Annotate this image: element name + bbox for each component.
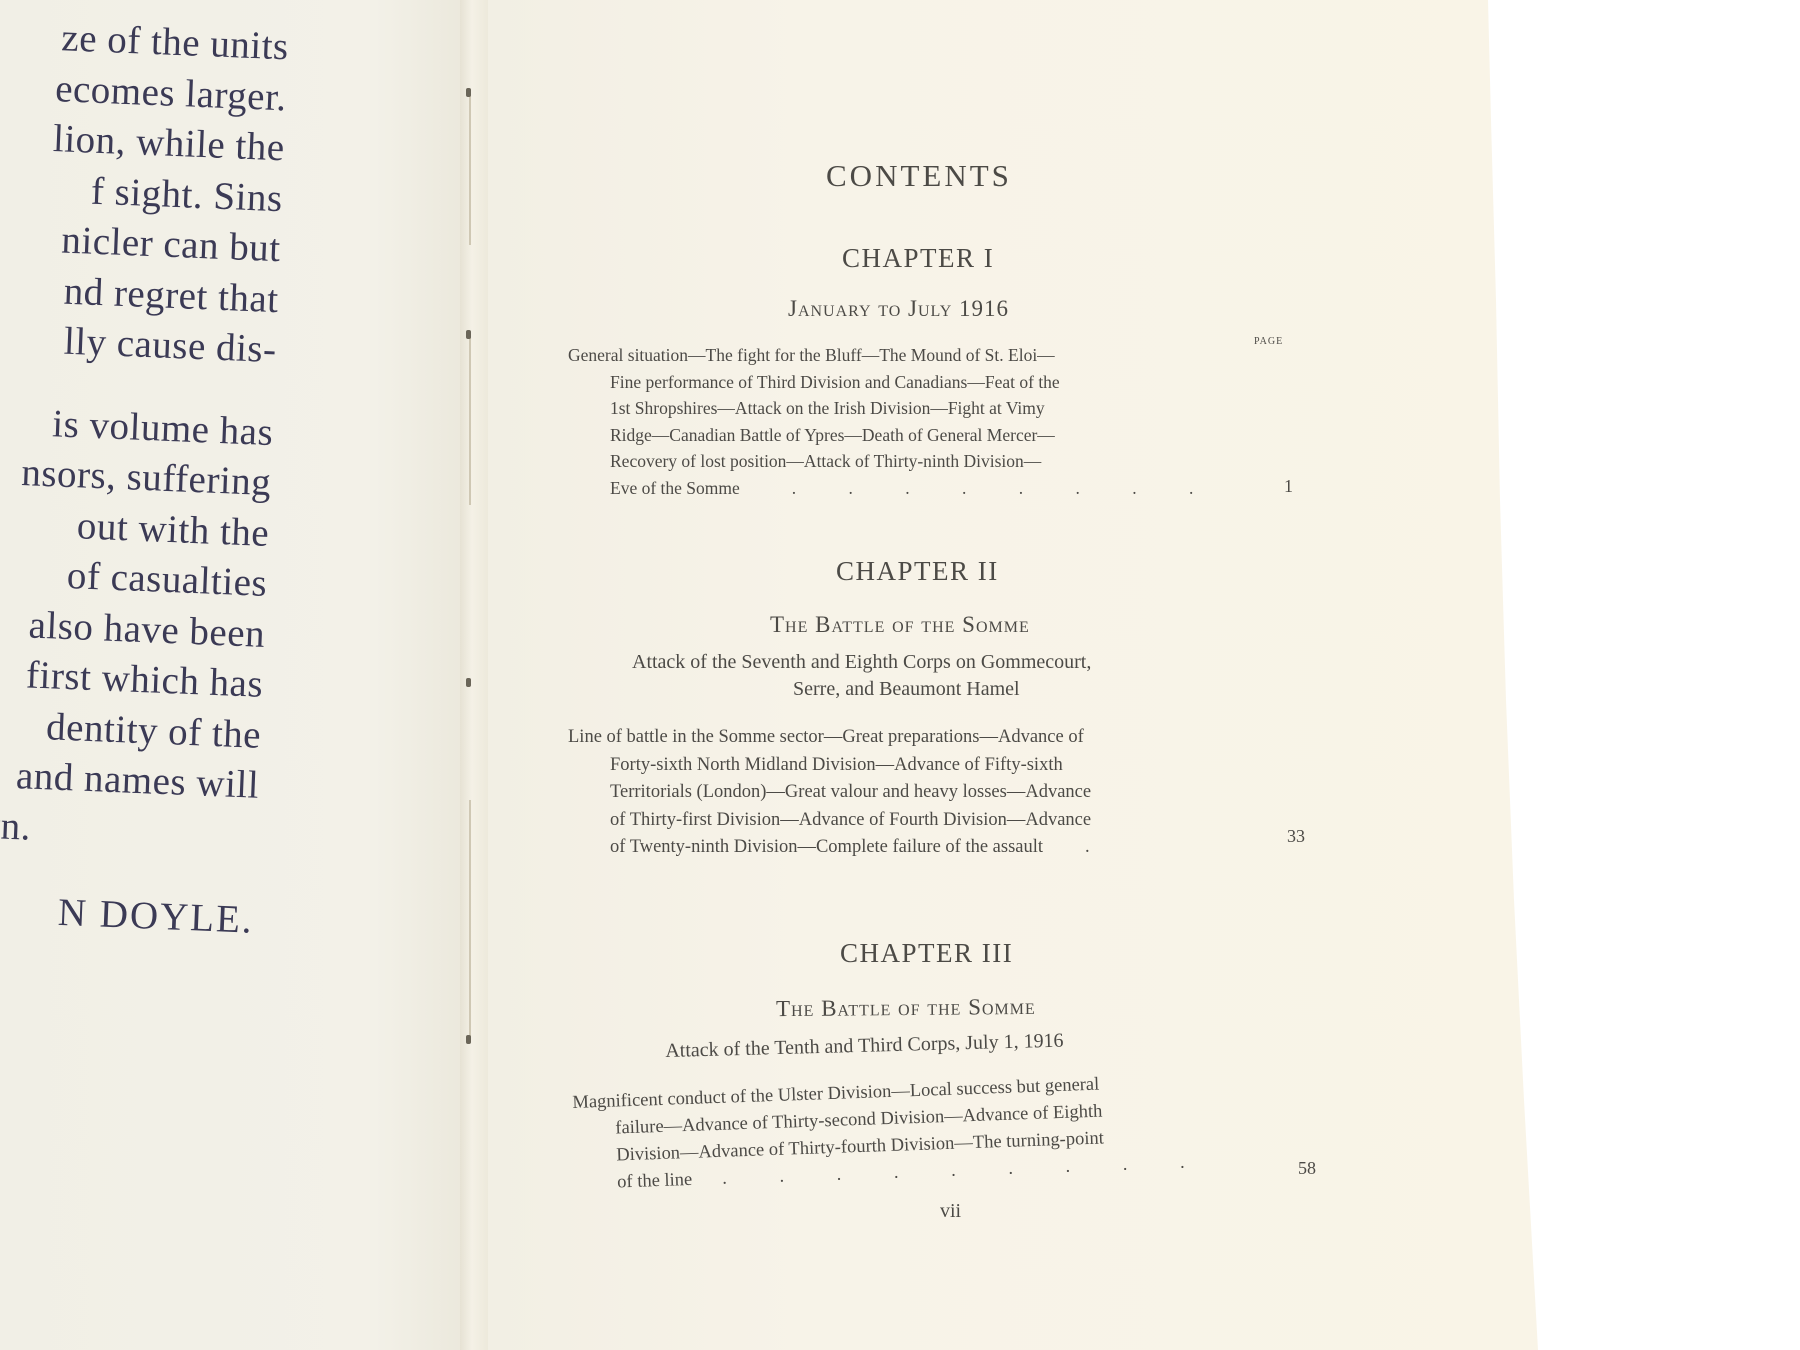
chapter-3-heading: CHAPTER III xyxy=(840,938,1013,969)
chapter-2-summary: Line of battle in the Somme sector—Great… xyxy=(568,724,1114,862)
summary-line: General situation—The fight for the Bluf… xyxy=(568,342,1217,369)
summary-line: Line of battle in the Somme sector—Great… xyxy=(568,724,1114,752)
page-column-label: PAGE xyxy=(1254,336,1283,347)
chapter-2-title: The Battle of the Somme xyxy=(770,612,1030,638)
chapter-3-subtitle: Attack of the Tenth and Third Corps, Jul… xyxy=(665,1030,1064,1063)
chapter-2-subtitle-line-2: Serre, and Beaumont Hamel xyxy=(793,678,1020,701)
chapter-1-heading: CHAPTER I xyxy=(842,243,994,274)
summary-line: of Twenty-ninth Division—Complete failur… xyxy=(568,834,1114,862)
summary-line: Ridge—Canadian Battle of Ypres—Death of … xyxy=(568,422,1217,449)
chapter-2-subtitle: Attack of the Seventh and Eighth Corps o… xyxy=(632,651,1091,674)
summary-line: of Thirty-first Division—Advance of Four… xyxy=(568,807,1114,835)
chapter-3-title: The Battle of the Somme xyxy=(776,994,1036,1022)
table-of-contents: CONTENTS CHAPTER I January to July 1916 … xyxy=(0,0,1540,1350)
summary-line: 1st Shropshires—Attack on the Irish Divi… xyxy=(568,395,1217,422)
dot-leader: . . . . . . . . xyxy=(792,478,1218,498)
contents-title: CONTENTS xyxy=(826,158,1012,194)
page-folio: vii xyxy=(940,1200,961,1223)
chapter-3-summary: Magnificent conduct of the Ulster Divisi… xyxy=(572,1068,1209,1198)
summary-line: Territorials (London)—Great valour and h… xyxy=(568,779,1114,807)
dot-leader: . xyxy=(1085,837,1114,857)
chapter-1-summary: General situation—The fight for the Bluf… xyxy=(568,342,1217,501)
chapter-1-title: January to July 1916 xyxy=(788,296,1009,322)
summary-line: Recovery of lost position—Attack of Thir… xyxy=(568,448,1217,475)
chapter-1-page[interactable]: 1 xyxy=(1284,476,1293,497)
summary-line: Forty-sixth North Midland Division—Advan… xyxy=(568,752,1114,780)
chapter-2-page[interactable]: 33 xyxy=(1287,826,1305,847)
summary-line: Fine performance of Third Division and C… xyxy=(568,369,1217,396)
chapter-3-page[interactable]: 58 xyxy=(1298,1158,1316,1179)
chapter-2-heading: CHAPTER II xyxy=(836,556,999,587)
summary-line: Eve of the Somme. . . . . . . . xyxy=(568,475,1217,502)
